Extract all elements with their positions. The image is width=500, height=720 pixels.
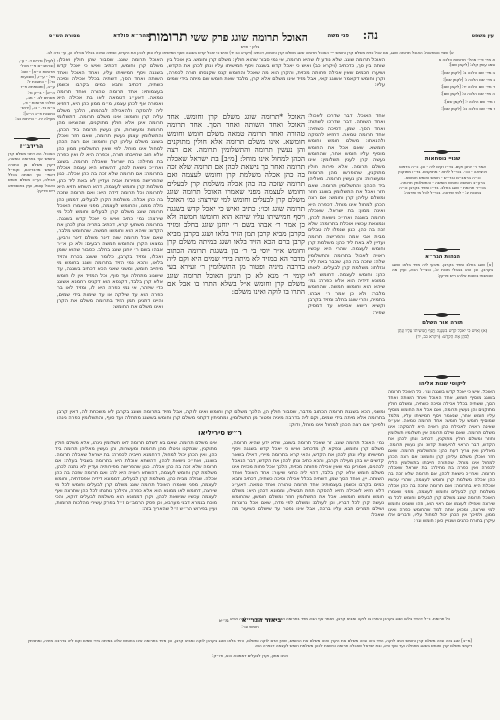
page-title: האוכל תרומה שוגגפרק ששיתרומות (148, 26, 308, 46)
shinuyei-nuschaot-heading: שנויי נוסחאות (388, 156, 497, 162)
header-fulda-label: מהר״א פולדא (100, 33, 150, 39)
section-divider (424, 374, 460, 379)
header-masoret-label: מסורת הש״ס (20, 33, 80, 39)
pnei-moshe-side: אחד האוכל. דבר שדרכו לאכול: ואחד השותה. … (308, 113, 385, 407)
hagahot-hagra-heading: הגהות הגר״א (388, 254, 497, 260)
rash-sirilio-heading: ר״ש סיריליאו (55, 429, 385, 437)
torah-or-heading: תורה אור השלם (388, 320, 497, 326)
mahara-fulda-commentary: האוכל תרומה שוגג. שסבור שהן חולין ואכלן,… (57, 57, 163, 407)
ein-mishpat-entry: א מיי׳ פ״י מהל׳ תרומות הלכה א סמג עשין ק… (436, 57, 495, 68)
shinuyei-nuschaot-text: אמר ר׳ יוחנן וקים. בד״ו וקים ליה - וכן. … (398, 164, 487, 242)
likutei-shenot-eliyahu-text: האוכל. איש כי יאכל קדש בשגגה וגו׳. כל הא… (388, 390, 495, 640)
biur-hagra-text: כל תרומת. נ״ל דהזיד בלאו ושגג בקרבן והתר… (50, 616, 450, 623)
section-divider (424, 312, 460, 317)
mishnah-gemara-text: האוכל *תרומה שוגג משלם קרן וחומש. אחד הא… (167, 113, 305, 407)
top-variant-line: א) שנויי נוסחאות: האוכל תרומה שוגג, אם א… (22, 50, 478, 55)
daf-number: נה: (352, 28, 378, 43)
masoret-notes: (לעיל) נדרים ד. - ע׳, [וברמב״ם פ״י מהל׳ … (8, 58, 55, 132)
ridvaz-heading: הרידב״ז (8, 143, 55, 150)
header-ein-mishpat-label: עין משפט (446, 33, 494, 39)
likutei-shenot-eliyahu-heading: ליקוטי שנות אליהו (388, 381, 497, 387)
ein-mishpat-block: א מיי׳ פ״י מהל׳ תרומות הלכה א סמג עשין ק… (436, 57, 495, 145)
hagahot-hagra-text: [א] שוגג בחלב ומזיד בקרבן. מיבעי ליה מזי… (392, 262, 493, 306)
section-divider (424, 247, 460, 252)
bottom-note-tail: ואינו ממון, וקרן לבעלים דממונא הוא, ודו״… (150, 653, 350, 658)
bottom-note-text: [מ״ב] שגג בזה ובזה משלם קרן וחומש ואינו … (28, 638, 472, 651)
gloss-line: גליון - חדש (200, 44, 300, 49)
pnei-moshe-bottom: ומשני, הכא בשגגת תרומה הכתוב מדבר, שסבור… (57, 409, 385, 430)
ridvaz-text: האוכל. הא דתני משלם קרן וחומש אף בתרומה … (8, 151, 55, 199)
biur-hagra-tail: חומש וגו׳: (200, 624, 300, 629)
header-pnei-moshe-label: פני משה (309, 33, 349, 39)
chapter-name: האוכל תרומה שוגג (231, 32, 307, 44)
ein-mishpat-entry: ב מיי׳ שם הלכה ב: [לקמן שם]: (436, 70, 495, 75)
perek-name: פרק ששי (188, 32, 232, 44)
ein-mishpat-entry: ד מיי׳ שם הלכה יד: [לקמן שם]: (436, 84, 495, 89)
ein-mishpat-entry: ג מיי׳ שם הלכה ו: [לקמן שם]: (436, 77, 495, 82)
section-divider (424, 149, 460, 154)
ein-mishpat-entry: ה מיי׳ שם הלכה ט: [לקמן שם]: (436, 91, 495, 96)
section-divider (14, 136, 50, 141)
pnei-moshe-top: האוכל תרומה שוגג. שלא נודע לו שהיא תרומה… (167, 57, 385, 111)
talmud-yerushalmi-page: מסורת הש״ס מהר״א פולדא האוכל תרומה שוגגפ… (0, 0, 500, 720)
masechet-name: תרומות (148, 29, 187, 45)
torah-or-verse: (א) וְאִישׁ כִּי יֹאכַל קֹדֶשׁ בִּשְׁגָג… (394, 329, 491, 369)
rash-sirilio-right-column: גמ׳ האוכל תרומה שוגג. זר שאכל תרומה בשוג… (232, 441, 384, 613)
ein-mishpat-entry: ז מיי׳ שם הלכה כו: [לקמן שם]: (436, 106, 495, 111)
ein-mishpat-entry: ו מיי׳ שם הלכה י: [לקמן שם]: (436, 99, 495, 104)
rash-sirilio-left-column: אינו משלם תרומה. שאם בא לשלם תרומה לאו ת… (55, 441, 217, 613)
